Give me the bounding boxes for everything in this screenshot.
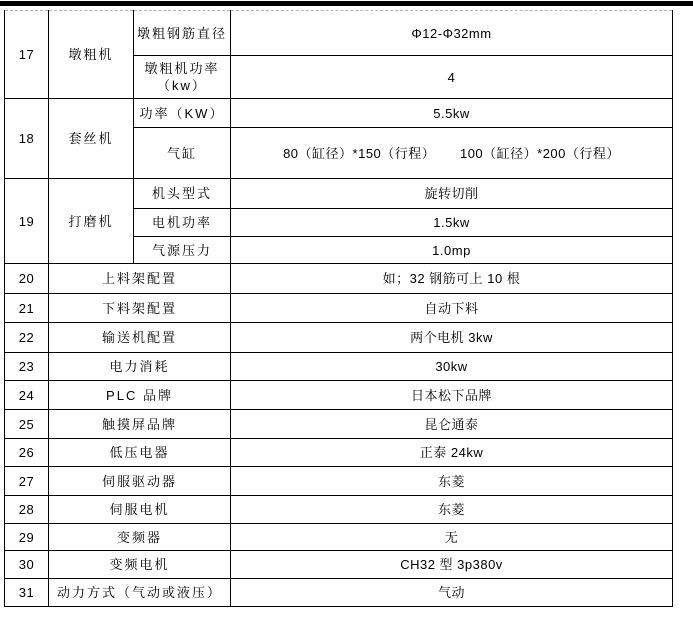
row-number-cell: 18	[5, 99, 49, 179]
value-cell: 如；32 钢筋可上 10 根	[231, 264, 673, 294]
row-number-cell: 30	[5, 551, 49, 579]
label-cell: 电力消耗	[49, 353, 231, 381]
row-number-cell: 19	[5, 179, 49, 264]
label-cell: 伺服电机	[49, 496, 231, 524]
property-cell: 气源压力	[134, 237, 231, 264]
row-number-cell: 24	[5, 381, 49, 410]
table-row: 29 变频器 无	[5, 524, 673, 551]
value-cell: 30kw	[231, 353, 673, 381]
label-cell: 触摸屏品牌	[49, 410, 231, 439]
value-cell: 5.5kw	[231, 99, 673, 128]
label-cell: 下料架配置	[49, 294, 231, 323]
label-cell: 动力方式（气动或液压）	[49, 579, 231, 607]
label-cell: PLC 品牌	[49, 381, 231, 410]
table-row: 18 套丝机 功率（KW） 5.5kw	[5, 99, 673, 128]
property-cell: 气缸	[134, 128, 231, 179]
value-cell: 东菱	[231, 496, 673, 524]
table-row: 21 下料架配置 自动下料	[5, 294, 673, 323]
table-row: 25 触摸屏品牌 昆仑通泰	[5, 410, 673, 439]
value-cell: 正泰 24kw	[231, 439, 673, 467]
value-cell: 东菱	[231, 467, 673, 496]
table-row: 28 伺服电机 东菱	[5, 496, 673, 524]
property-cell: 墩粗钢筋直径	[134, 11, 231, 56]
label-cell: 输送机配置	[49, 323, 231, 353]
machine-name-cell: 打磨机	[49, 179, 134, 264]
value-cell: 旋转切削	[231, 179, 673, 209]
top-divider-bar	[0, 1, 693, 6]
table-row: 20 上料架配置 如；32 钢筋可上 10 根	[5, 264, 673, 294]
page-canvas: { "colors": { "background": "#ffffff", "…	[0, 0, 693, 622]
row-number-cell: 28	[5, 496, 49, 524]
row-number-cell: 29	[5, 524, 49, 551]
row-number-cell: 27	[5, 467, 49, 496]
row-number-cell: 21	[5, 294, 49, 323]
value-cell: CH32 型 3p380v	[231, 551, 673, 579]
table-row: 23 电力消耗 30kw	[5, 353, 673, 381]
row-number-cell: 22	[5, 323, 49, 353]
label-cell: 上料架配置	[49, 264, 231, 294]
value-cell: 两个电机 3kw	[231, 323, 673, 353]
property-cell: 机头型式	[134, 179, 231, 209]
table-row: 24 PLC 品牌 日本松下品牌	[5, 381, 673, 410]
row-number-cell: 17	[5, 11, 49, 99]
table-row: 27 伺服驱动器 东菱	[5, 467, 673, 496]
table-row: 19 打磨机 机头型式 旋转切削	[5, 179, 673, 209]
table-row: 22 输送机配置 两个电机 3kw	[5, 323, 673, 353]
label-cell: 伺服驱动器	[49, 467, 231, 496]
label-cell: 变频器	[49, 524, 231, 551]
value-cell: Φ12-Φ32mm	[231, 11, 673, 56]
table-row: 17 墩粗机 墩粗钢筋直径 Φ12-Φ32mm	[5, 11, 673, 56]
row-number-cell: 26	[5, 439, 49, 467]
value-cell: 无	[231, 524, 673, 551]
table-row: 31 动力方式（气动或液压） 气动	[5, 579, 673, 607]
spec-table: 17 墩粗机 墩粗钢筋直径 Φ12-Φ32mm 墩粗机功率（kw） 4 18 套…	[4, 10, 673, 607]
value-cell: 1.0mp	[231, 237, 673, 264]
machine-name-cell: 套丝机	[49, 99, 134, 179]
row-number-cell: 20	[5, 264, 49, 294]
property-cell: 电机功率	[134, 209, 231, 237]
value-cell: 气动	[231, 579, 673, 607]
value-cell: 自动下料	[231, 294, 673, 323]
row-number-cell: 31	[5, 579, 49, 607]
property-cell: 功率（KW）	[134, 99, 231, 128]
value-cell: 4	[231, 56, 673, 99]
table-row: 30 变频电机 CH32 型 3p380v	[5, 551, 673, 579]
label-cell: 低压电器	[49, 439, 231, 467]
property-cell: 墩粗机功率（kw）	[134, 56, 231, 99]
row-number-cell: 25	[5, 410, 49, 439]
table-row: 26 低压电器 正泰 24kw	[5, 439, 673, 467]
value-cell: 1.5kw	[231, 209, 673, 237]
value-cell: 昆仑通泰	[231, 410, 673, 439]
label-cell: 变频电机	[49, 551, 231, 579]
value-cell: 80（缸径）*150（行程） 100（缸径）*200（行程）	[231, 128, 673, 179]
row-number-cell: 23	[5, 353, 49, 381]
value-cell: 日本松下品牌	[231, 381, 673, 410]
machine-name-cell: 墩粗机	[49, 11, 134, 99]
